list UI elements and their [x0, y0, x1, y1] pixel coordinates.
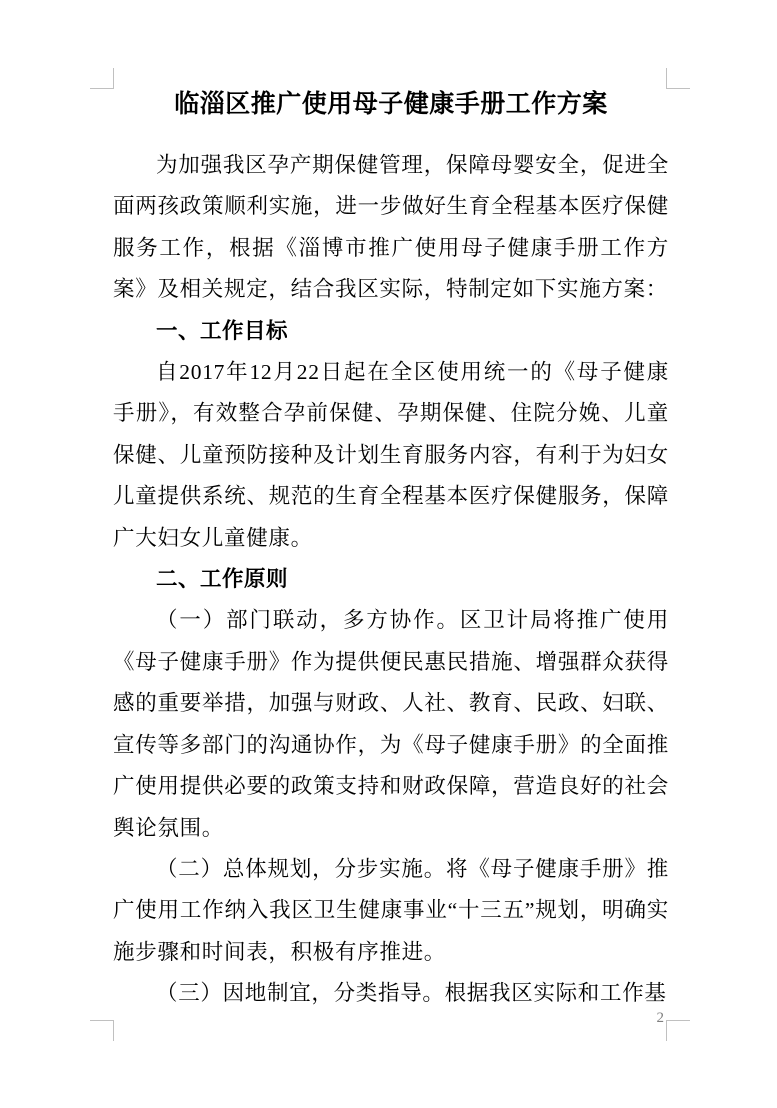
- margin-crop-mark-bottom-left: [90, 1020, 114, 1041]
- page-number: 2: [640, 1009, 664, 1027]
- document-title: 临淄区推广使用母子健康手册工作方案: [113, 87, 669, 121]
- section-heading: 一、工作目标: [113, 311, 669, 352]
- document-page: 临淄区推广使用母子健康手册工作方案 为加强我区孕产期保健管理，保障母婴安全，促进…: [0, 0, 777, 1108]
- margin-crop-mark-top-left: [90, 68, 114, 89]
- document-body: 为加强我区孕产期保健管理，保障母婴安全，促进全面两孩政策顺利实施，进一步做好生育…: [113, 145, 669, 1015]
- body-paragraph: 自2017年12月22日起在全区使用统一的《母子健康手册》，有效整合孕前保健、孕…: [113, 352, 669, 559]
- page-content: 临淄区推广使用母子健康手册工作方案 为加强我区孕产期保健管理，保障母婴安全，促进…: [113, 87, 669, 1015]
- body-paragraph: （二）总体规划，分步实施。将《母子健康手册》推广使用工作纳入我区卫生健康事业“十…: [113, 849, 669, 973]
- body-paragraph: 为加强我区孕产期保健管理，保障母婴安全，促进全面两孩政策顺利实施，进一步做好生育…: [113, 145, 669, 311]
- margin-crop-mark-top-right: [666, 68, 690, 89]
- margin-crop-mark-bottom-right: [666, 1020, 690, 1041]
- body-paragraph: （三）因地制宜，分类指导。根据我区实际和工作基: [113, 973, 669, 1014]
- section-heading: 二、工作原则: [113, 559, 669, 600]
- body-paragraph: （一）部门联动，多方协作。区卫计局将推广使用《母子健康手册》作为提供便民惠民措施…: [113, 600, 669, 848]
